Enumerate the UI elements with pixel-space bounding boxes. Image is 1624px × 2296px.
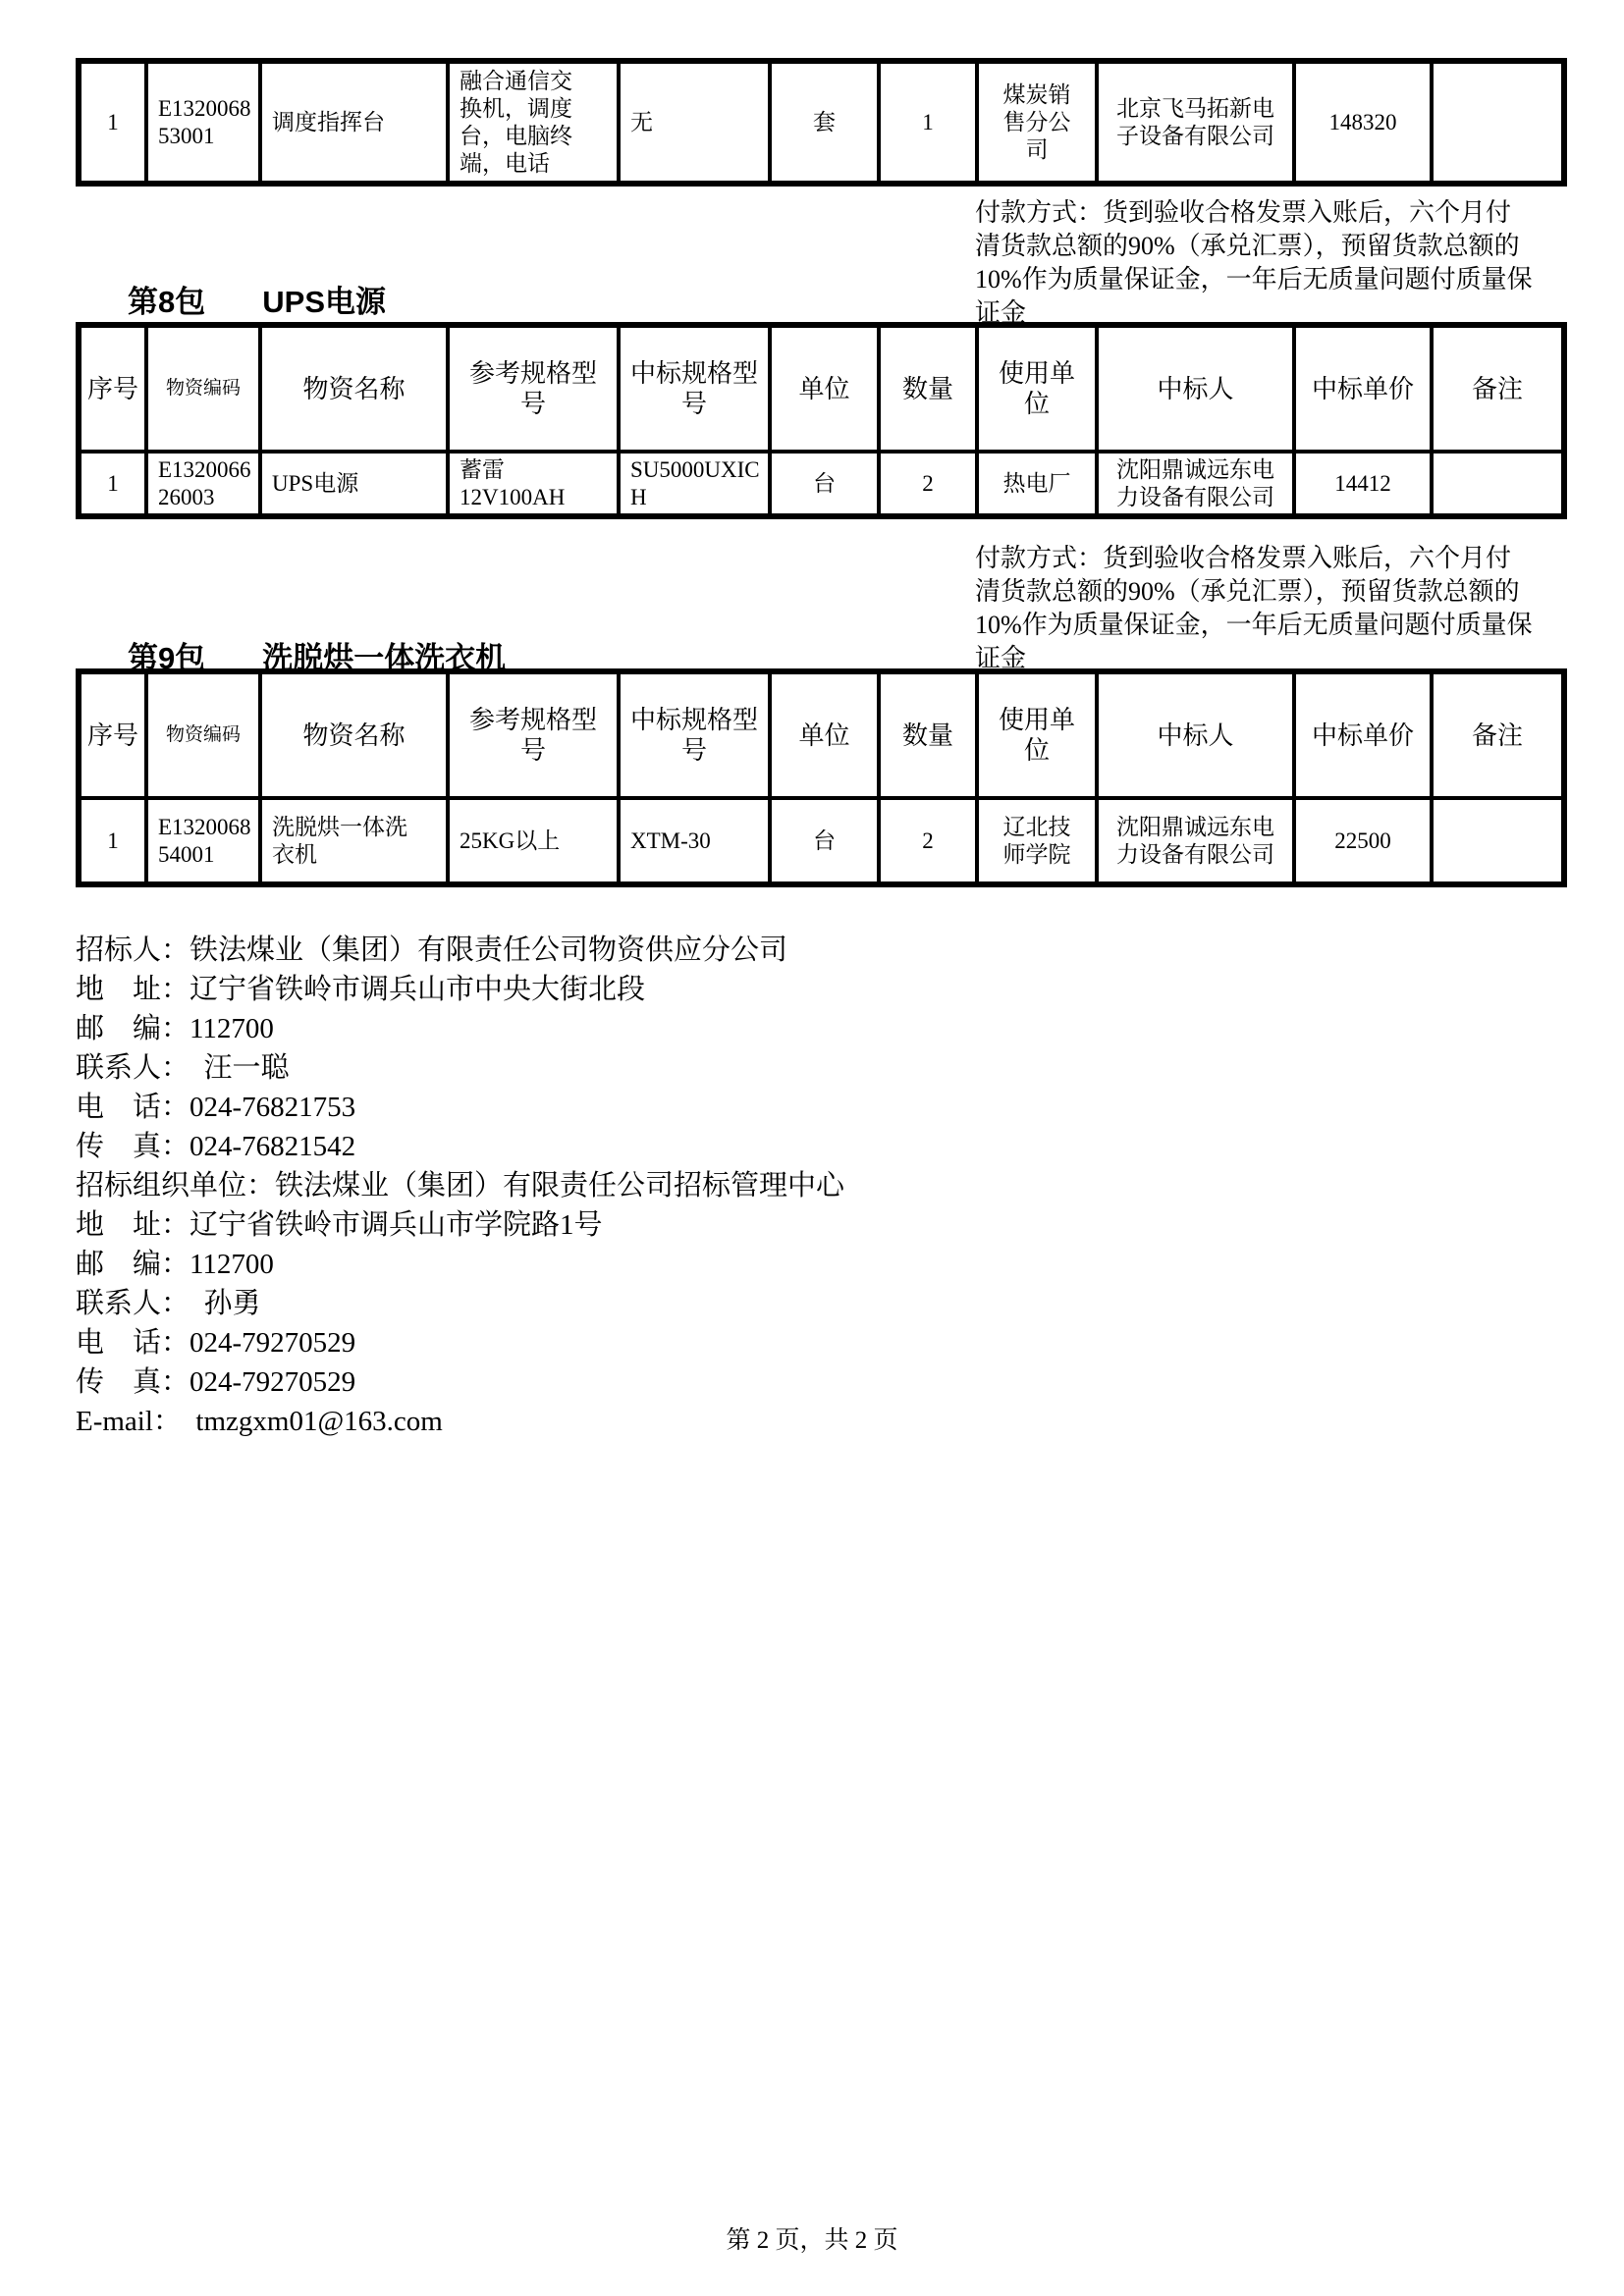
organizer-phone-line: 电 话：024-79270529	[76, 1323, 844, 1362]
package9-table: 序号 物资编码 物资名称 参考规格型 号 中标规格型 号 单位 数量 使用单 位…	[76, 668, 1567, 887]
cell-unit: 台	[770, 798, 879, 884]
col-header-seq: 序号	[79, 325, 146, 452]
col-header-winning-spec: 中标规格型 号	[619, 671, 770, 798]
table-header-row: 序号 物资编码 物资名称 参考规格型 号 中标规格型 号 单位 数量 使用单 位…	[79, 325, 1564, 452]
col-header-material-code: 物资编码	[146, 325, 260, 452]
cell-user-unit: 辽北技 师学院	[977, 798, 1097, 884]
organizer-postcode-line: 邮 编：112700	[76, 1245, 844, 1284]
tenderer-contact-person-line: 联系人： 汪一聪	[76, 1048, 844, 1088]
package8-table: 序号 物资编码 物资名称 参考规格型 号 中标规格型 号 单位 数量 使用单 位…	[76, 322, 1567, 519]
table-row: 1 E1320068 53001 调度指挥台 融合通信交 换机，调度 台，电脑终…	[79, 61, 1564, 184]
organizer-email-line: E-mail： tmzgxm01@163.com	[76, 1402, 844, 1441]
cell-quantity: 1	[879, 61, 977, 184]
cell-user-unit: 热电厂	[977, 452, 1097, 516]
col-header-unit: 单位	[770, 325, 879, 452]
cell-seq: 1	[79, 61, 146, 184]
tenderer-phone-line: 电 话：024-76821753	[76, 1088, 844, 1127]
tenderer-fax-line: 传 真：024-76821542	[76, 1127, 844, 1166]
cell-material-name: UPS电源	[260, 452, 448, 516]
col-header-material-code: 物资编码	[146, 671, 260, 798]
cell-winner: 北京飞马拓新电 子设备有限公司	[1097, 61, 1294, 184]
cell-winning-price: 148320	[1294, 61, 1432, 184]
cell-winning-price: 22500	[1294, 798, 1432, 884]
cell-reference-spec: 蓄雷 12V100AH	[448, 452, 619, 516]
continued-results-table: 1 E1320068 53001 调度指挥台 融合通信交 换机，调度 台，电脑终…	[76, 58, 1567, 187]
cell-material-code: E1320066 26003	[146, 452, 260, 516]
col-header-material-name: 物资名称	[260, 671, 448, 798]
cell-winning-price: 14412	[1294, 452, 1432, 516]
cell-material-name: 调度指挥台	[260, 61, 448, 184]
tenderer-postcode-line: 邮 编：112700	[76, 1009, 844, 1048]
cell-material-code: E1320068 54001	[146, 798, 260, 884]
cell-seq: 1	[79, 798, 146, 884]
table-row: 1 E1320068 54001 洗脱烘一体洗 衣机 25KG以上 XTM-30…	[79, 798, 1564, 884]
col-header-winner: 中标人	[1097, 325, 1294, 452]
col-header-material-name: 物资名称	[260, 325, 448, 452]
col-header-winner: 中标人	[1097, 671, 1294, 798]
cell-unit: 套	[770, 61, 879, 184]
cell-winner: 沈阳鼎诚远东电 力设备有限公司	[1097, 798, 1294, 884]
cell-winning-spec: XTM-30	[619, 798, 770, 884]
document-page: 1 E1320068 53001 调度指挥台 融合通信交 换机，调度 台，电脑终…	[0, 0, 1624, 2296]
cell-reference-spec: 25KG以上	[448, 798, 619, 884]
cell-user-unit: 煤炭销 售分公 司	[977, 61, 1097, 184]
table-row: 1 E1320066 26003 UPS电源 蓄雷 12V100AH SU500…	[79, 452, 1564, 516]
organizer-name-line: 招标组织单位：铁法煤业（集团）有限责任公司招标管理中心	[76, 1166, 844, 1205]
cell-material-code: E1320068 53001	[146, 61, 260, 184]
organizer-fax-line: 传 真：024-79270529	[76, 1362, 844, 1402]
cell-note	[1432, 452, 1564, 516]
col-header-winning-price: 中标单价	[1294, 671, 1432, 798]
cell-quantity: 2	[879, 452, 977, 516]
col-header-note: 备注	[1432, 325, 1564, 452]
package8-label: 第8包	[128, 285, 205, 319]
col-header-reference-spec: 参考规格型 号	[448, 325, 619, 452]
payment-terms-note-2: 付款方式：货到验收合格发票入账后，六个月付 清货款总额的90%（承兑汇票），预留…	[975, 542, 1594, 675]
package8-title: UPS电源	[262, 285, 386, 319]
col-header-unit: 单位	[770, 671, 879, 798]
col-header-seq: 序号	[79, 671, 146, 798]
col-header-quantity: 数量	[879, 325, 977, 452]
tenderer-address-line: 地 址：辽宁省铁岭市调兵山市中央大街北段	[76, 970, 844, 1009]
col-header-winning-spec: 中标规格型 号	[619, 325, 770, 452]
col-header-note: 备注	[1432, 671, 1564, 798]
tenderer-name-line: 招标人：铁法煤业（集团）有限责任公司物资供应分公司	[76, 931, 844, 970]
table-header-row: 序号 物资编码 物资名称 参考规格型 号 中标规格型 号 单位 数量 使用单 位…	[79, 671, 1564, 798]
organizer-contact-person-line: 联系人： 孙勇	[76, 1284, 844, 1323]
col-header-quantity: 数量	[879, 671, 977, 798]
col-header-user-unit: 使用单 位	[977, 671, 1097, 798]
cell-winning-spec: 无	[619, 61, 770, 184]
cell-note	[1432, 61, 1564, 184]
payment-terms-note-1: 付款方式：货到验收合格发票入账后，六个月付 清货款总额的90%（承兑汇票），预留…	[975, 196, 1594, 330]
col-header-reference-spec: 参考规格型 号	[448, 671, 619, 798]
col-header-winning-price: 中标单价	[1294, 325, 1432, 452]
cell-winning-spec: SU5000UXIC H	[619, 452, 770, 516]
col-header-user-unit: 使用单 位	[977, 325, 1097, 452]
cell-note	[1432, 798, 1564, 884]
cell-quantity: 2	[879, 798, 977, 884]
cell-material-name: 洗脱烘一体洗 衣机	[260, 798, 448, 884]
package8-heading: 第8包UPS电源	[128, 287, 386, 318]
cell-reference-spec: 融合通信交 换机，调度 台，电脑终 端，电话	[448, 61, 619, 184]
contact-block: 招标人：铁法煤业（集团）有限责任公司物资供应分公司 地 址：辽宁省铁岭市调兵山市…	[76, 931, 844, 1441]
cell-seq: 1	[79, 452, 146, 516]
organizer-address-line: 地 址：辽宁省铁岭市调兵山市学院路1号	[76, 1205, 844, 1245]
cell-unit: 台	[770, 452, 879, 516]
cell-winner: 沈阳鼎诚远东电 力设备有限公司	[1097, 452, 1294, 516]
page-footer: 第 2 页，共 2 页	[0, 2220, 1624, 2256]
